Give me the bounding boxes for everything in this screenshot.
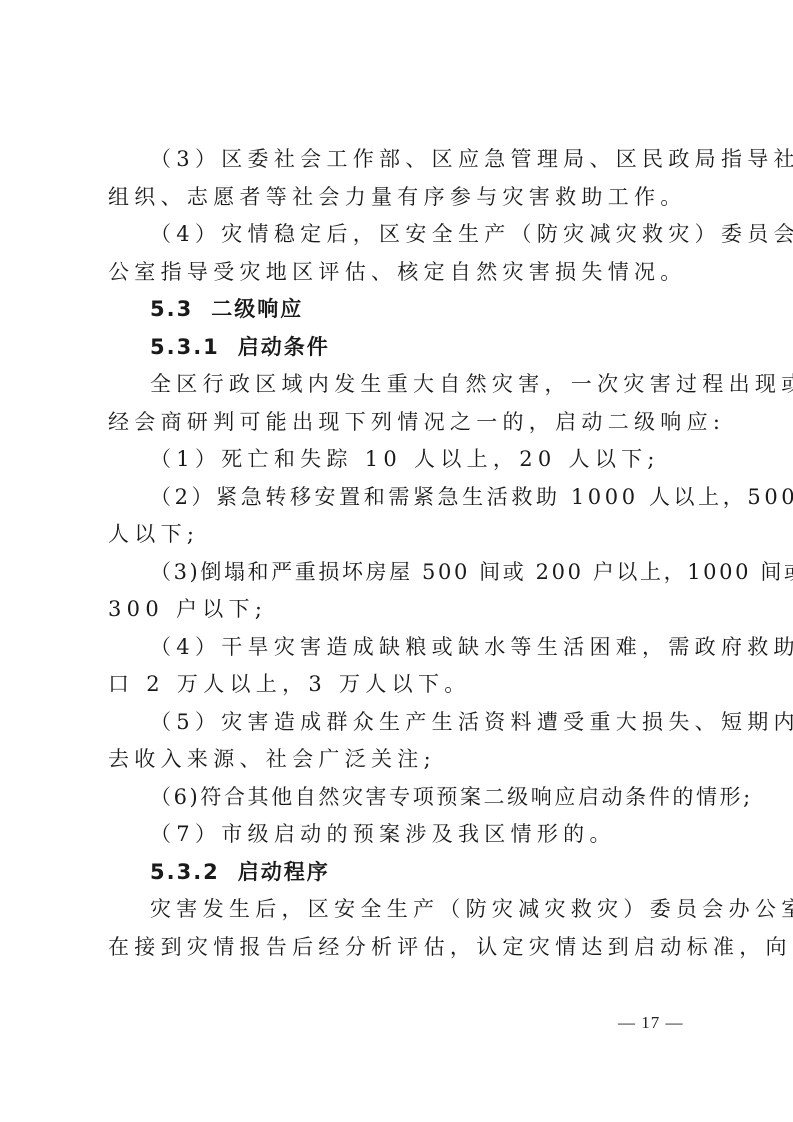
paragraph-line: 在接到灾情报告后经分析评估，认定灾情达到启动标准，向区	[108, 929, 688, 967]
document-page-body: （3）区委社会工作部、区应急管理局、区民政局指导社会 组织、志愿者等社会力量有序…	[108, 141, 688, 966]
list-item-3-continued: 300 户以下;	[108, 591, 688, 629]
list-item-2-continued: 人以下;	[108, 516, 688, 554]
paragraph-line: （3）区委社会工作部、区应急管理局、区民政局指导社会	[108, 141, 688, 179]
paragraph-line: 公室指导受灾地区评估、核定自然灾害损失情况。	[108, 254, 688, 292]
list-item-5: （5）灾害造成群众生产生活资料遭受重大损失、短期内失	[108, 704, 688, 742]
section-number: 5.3	[150, 291, 193, 329]
list-item-5-continued: 去收入来源、社会广泛关注;	[108, 741, 688, 779]
page-number: — 17 —	[618, 1013, 684, 1033]
list-item-3: （3)倒塌和严重损坏房屋 500 间或 200 户以上，1000 间或	[108, 554, 688, 592]
section-number: 5.3.2	[150, 854, 220, 892]
paragraph-line: 灾害发生后，区安全生产（防灾减灾救灾）委员会办公室	[108, 891, 688, 929]
section-title: 二级响应	[211, 297, 303, 321]
list-item-2: （2）紧急转移安置和需紧急生活救助 1000 人以上，5000	[108, 479, 688, 517]
section-number: 5.3.1	[150, 329, 220, 367]
list-item-1: （1）死亡和失踪 10 人以上，20 人以下;	[108, 441, 688, 479]
section-heading-5-3-1: 5.3.1启动条件	[108, 329, 688, 367]
list-item-4-continued: 口 2 万人以上，3 万人以下。	[108, 666, 688, 704]
section-title: 启动条件	[238, 335, 330, 359]
section-heading-5-3-2: 5.3.2启动程序	[108, 854, 688, 892]
paragraph-line: （4）灾情稳定后，区安全生产（防灾减灾救灾）委员会办	[108, 216, 688, 254]
list-item-4: （4）干旱灾害造成缺粮或缺水等生活困难，需政府救助人	[108, 629, 688, 667]
paragraph-line: 全区行政区域内发生重大自然灾害，一次灾害过程出现或	[108, 366, 688, 404]
list-item-6: （6)符合其他自然灾害专项预案二级响应启动条件的情形;	[108, 779, 688, 817]
list-item-7: （7）市级启动的预案涉及我区情形的。	[108, 816, 688, 854]
section-title: 启动程序	[238, 860, 330, 884]
section-heading-5-3: 5.3二级响应	[108, 291, 688, 329]
paragraph-line: 组织、志愿者等社会力量有序参与灾害救助工作。	[108, 179, 688, 217]
paragraph-line: 经会商研判可能出现下列情况之一的，启动二级响应:	[108, 404, 688, 442]
